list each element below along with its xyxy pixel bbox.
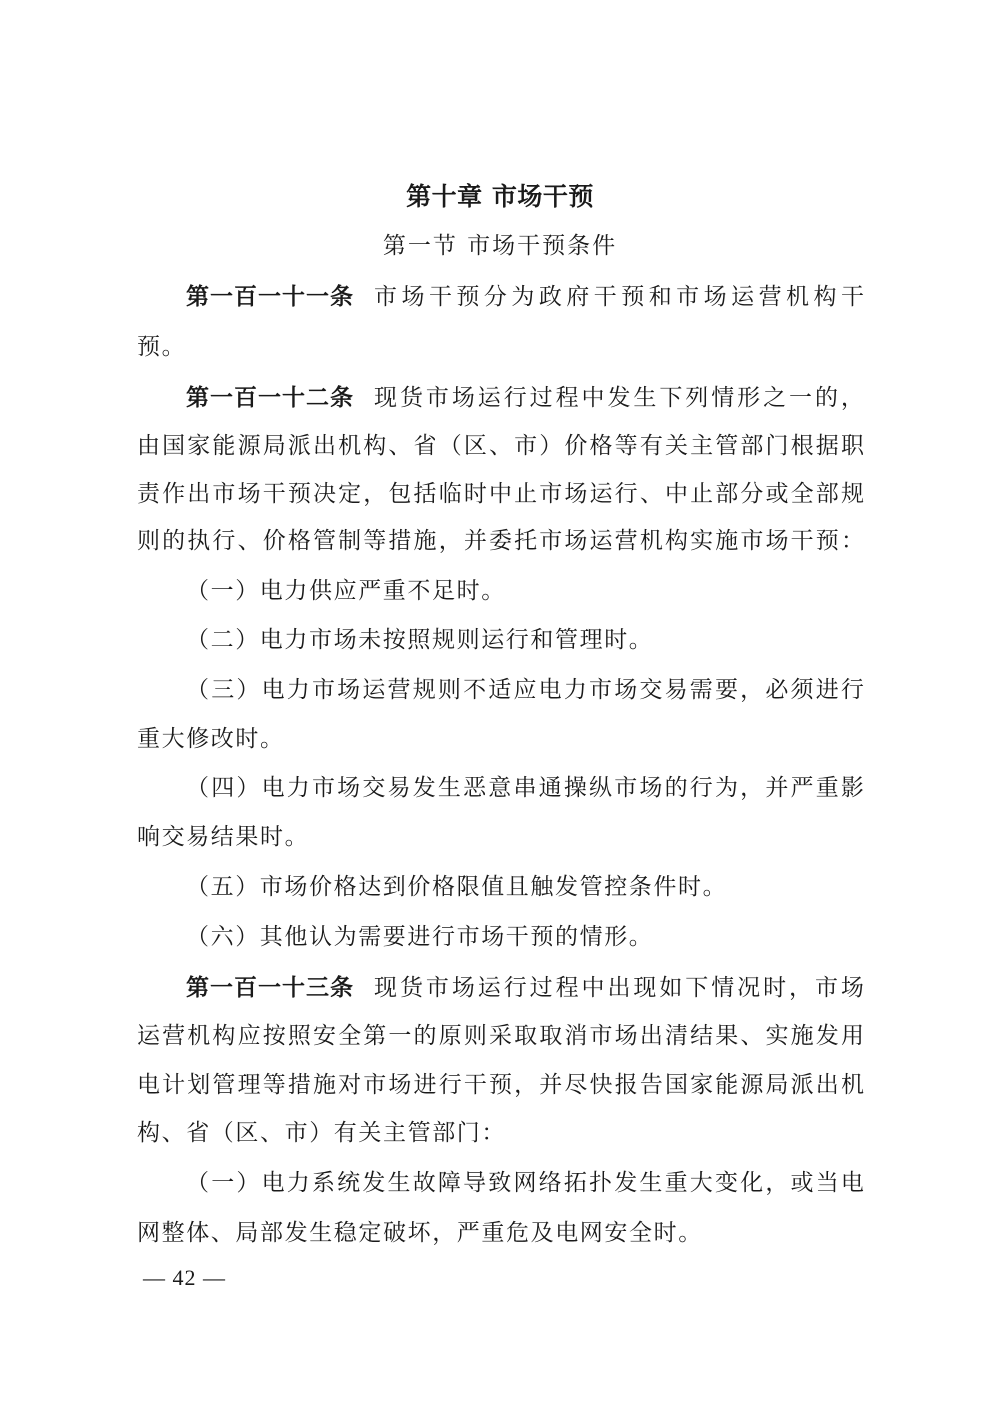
article-113-line-1: 第一百一十三条 现货市场运行过程中出现如下情况时，市场	[137, 968, 864, 1008]
section-title: 第一节 市场干预条件	[0, 226, 1000, 266]
article-111-line-2: 预。	[137, 327, 864, 367]
article-112-label: 第一百一十二条	[186, 378, 354, 418]
article-113-line-4: 构、省（区、市）有关主管部门：	[137, 1113, 864, 1153]
chapter-title: 第十章 市场干预	[0, 177, 1000, 217]
article-112-item-6: （六）其他认为需要进行市场干预的情形。	[186, 917, 864, 957]
article-112-line-4: 则的执行、价格管制等措施，并委托市场运营机构实施市场干预：	[137, 521, 864, 561]
article-112-line-1: 第一百一十二条 现货市场运行过程中发生下列情形之一的，	[137, 378, 864, 418]
document-page: 第十章 市场干预 第一节 市场干预条件 第一百一十一条 市场干预分为政府干预和市…	[0, 0, 1000, 1414]
article-112-text: 现货市场运行过程中发生下列情形之一的，	[374, 378, 864, 418]
article-112-item-4-line-1: （四）电力市场交易发生恶意串通操纵市场的行为，并严重影	[186, 768, 864, 808]
article-112-line-2: 由国家能源局派出机构、省（区、市）价格等有关主管部门根据职	[137, 426, 864, 466]
article-112-line-3: 责作出市场干预决定，包括临时中止市场运行、中止部分或全部规	[137, 474, 864, 514]
page-number: — 42 —	[143, 1262, 226, 1294]
article-113-text: 现货市场运行过程中出现如下情况时，市场	[374, 968, 864, 1008]
article-112-item-3-line-2: 重大修改时。	[137, 719, 864, 759]
article-111-label: 第一百一十一条	[186, 277, 354, 317]
article-113-line-2: 运营机构应按照安全第一的原则采取取消市场出清结果、实施发用	[137, 1016, 864, 1056]
article-111-line-1: 第一百一十一条 市场干预分为政府干预和市场运营机构干	[137, 277, 864, 317]
article-111-text: 市场干预分为政府干预和市场运营机构干	[374, 277, 864, 317]
article-113-item-1-line-1: （一）电力系统发生故障导致网络拓扑发生重大变化，或当电	[186, 1163, 864, 1203]
article-113-line-3: 电计划管理等措施对市场进行干预，并尽快报告国家能源局派出机	[137, 1065, 864, 1105]
article-112-item-3-line-1: （三）电力市场运营规则不适应电力市场交易需要，必须进行	[186, 670, 864, 710]
article-113-item-1-line-2: 网整体、局部发生稳定破坏，严重危及电网安全时。	[137, 1213, 864, 1253]
article-112-item-4-line-2: 响交易结果时。	[137, 817, 864, 857]
article-113-label: 第一百一十三条	[186, 968, 354, 1008]
article-112-item-1: （一）电力供应严重不足时。	[186, 571, 864, 611]
article-112-item-2: （二）电力市场未按照规则运行和管理时。	[186, 620, 864, 660]
article-112-item-5: （五）市场价格达到价格限值且触发管控条件时。	[186, 867, 864, 907]
